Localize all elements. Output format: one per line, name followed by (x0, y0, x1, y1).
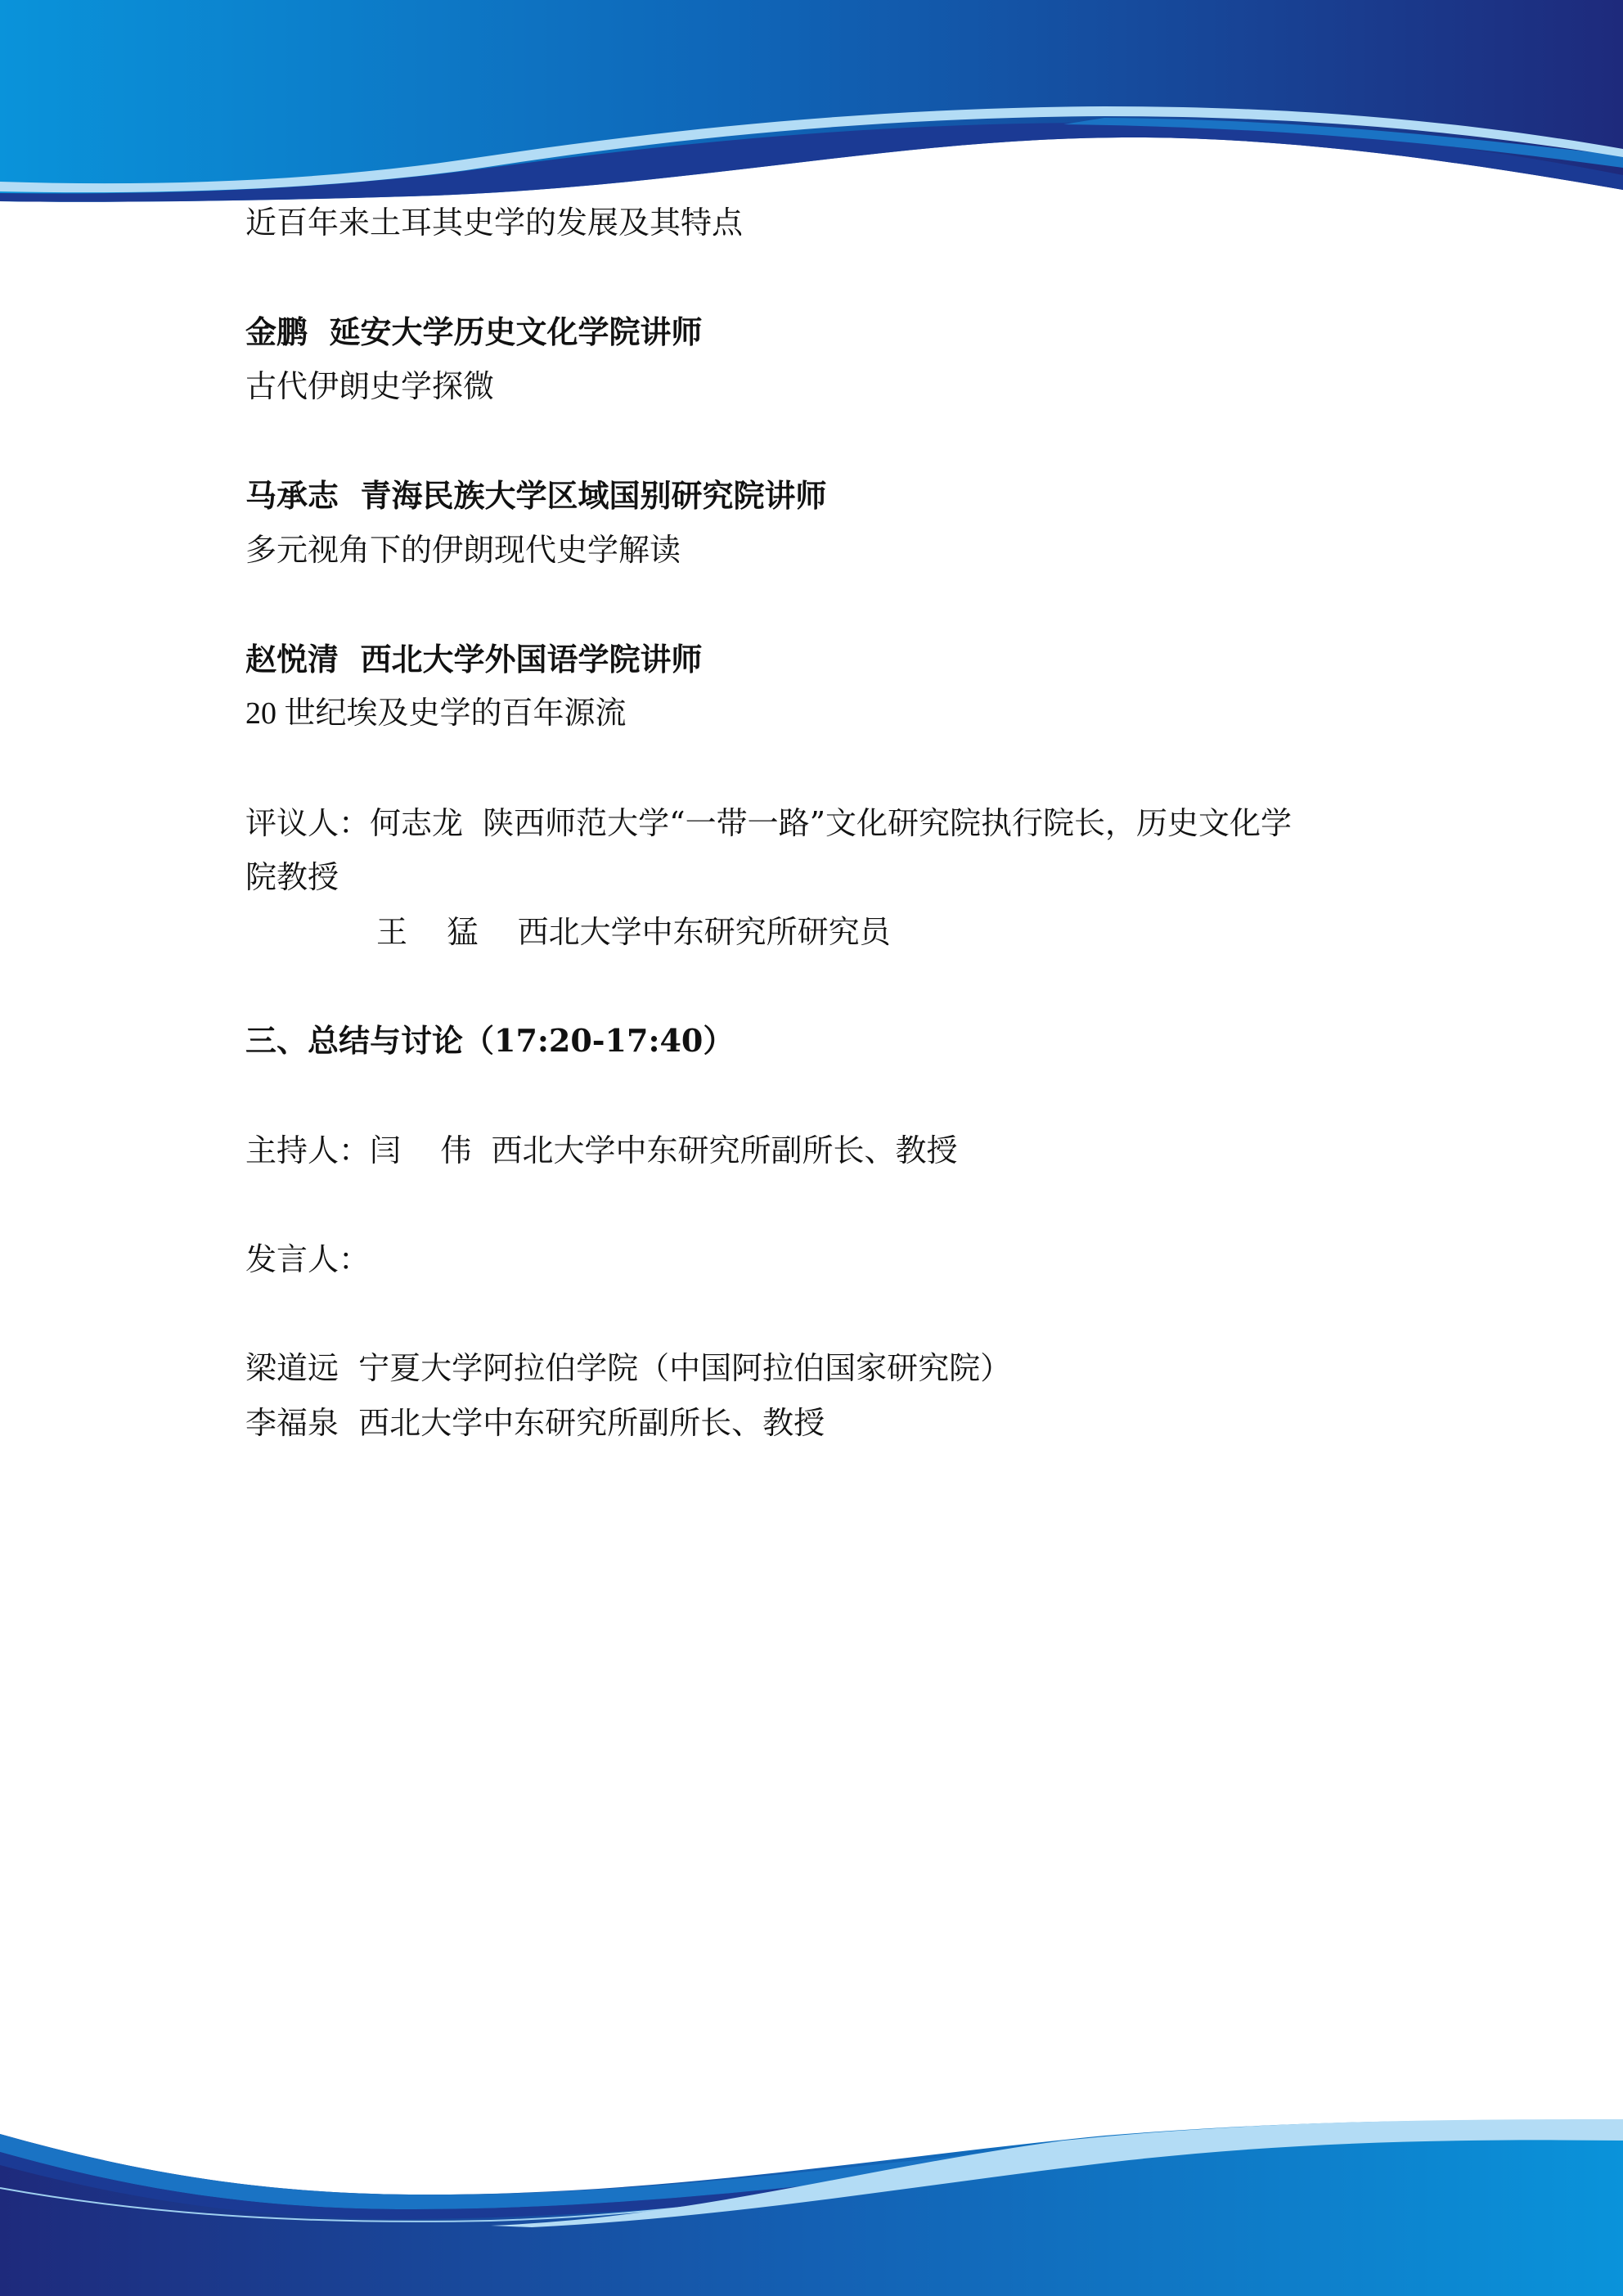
speaker-name-affiliation: 金鹏 延安大学历史文化学院讲师 (245, 316, 702, 349)
talk-title: 20 世纪埃及史学的百年源流 (245, 697, 627, 730)
header-wave-decoration (0, 0, 1623, 213)
talk-title: 近百年来土耳其史学的发展及其特点 (245, 206, 743, 239)
discussant-line-continued: 院教授 (245, 861, 339, 894)
speaker-line: 李福泉 西北大学中东研究所副所长、教授 (245, 1407, 825, 1439)
host-line: 主持人：闫 伟 西北大学中东研究所副所长、教授 (245, 1134, 957, 1167)
discussant-line: 评议人：何志龙 陕西师范大学“一带一路”文化研究院执行院长，历史文化学 (245, 807, 1292, 840)
section-heading: 三、总结与讨论（17:20-17:40） (245, 1024, 734, 1057)
talk-title: 古代伊朗史学探微 (245, 370, 494, 403)
speaker-name-affiliation: 赵悦清 西北大学外国语学院讲师 (245, 643, 702, 676)
speaker-line: 梁道远 宁夏大学阿拉伯学院（中国阿拉伯国家研究院） (245, 1352, 1011, 1384)
talk-title: 多元视角下的伊朗现代史学解读 (245, 533, 681, 566)
discussant-line-2: 王 猛 西北大学中东研究所研究员 (376, 916, 891, 948)
speaker-name-affiliation: 马承志 青海民族大学区域国别研究院讲师 (245, 479, 826, 512)
footer-wave-decoration (0, 2095, 1623, 2296)
speakers-label: 发言人： (245, 1243, 370, 1276)
